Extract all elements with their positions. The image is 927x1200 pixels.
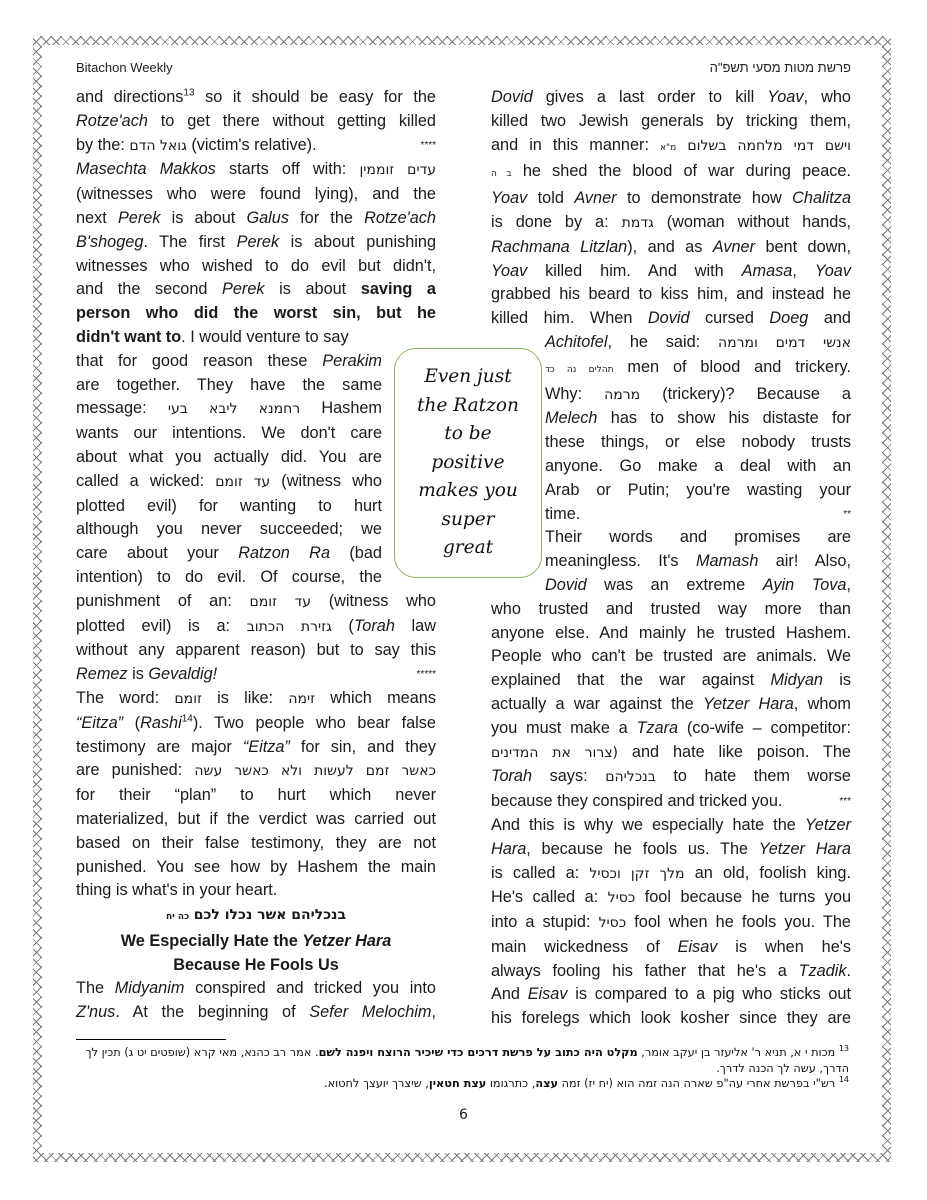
text-line: “Eitza” (Rashi14). Two people who bear f… — [76, 712, 436, 736]
text-line: didn't want to. I would venture to say — [76, 326, 436, 350]
text-line: and the second Perek is about saving a — [76, 278, 436, 302]
text-line: plotted evil) is a: גזירת הכתוב (Torah l… — [76, 615, 436, 640]
running-header: Bitachon Weekly פרשת מטות מסעי תשפ"ה — [76, 60, 851, 80]
text-line: B'shogeg. The first Perek is about punis… — [76, 231, 436, 255]
text-line: for their “plan” to hurt which never — [76, 784, 436, 808]
text-line: The Midyanim conspired and tricked you i… — [76, 977, 436, 1001]
text-line: are punished: כאשר זמם לעשות ולא כאשר עש… — [76, 759, 436, 784]
footnote-13: 13 מכות י א, תניא ר' אליעזר בן יעקב אומר… — [76, 1045, 849, 1076]
section-separator-stars: ***** — [417, 663, 436, 687]
page-number: 6 — [0, 1107, 927, 1123]
text-line: Remez is Gevaldig!***** — [76, 663, 436, 687]
section-title-line-1: We Especially Hate the Yetzer Hara — [76, 930, 436, 954]
text-line: Rotze'ach to get there without getting k… — [76, 110, 436, 134]
right-column: Dovid gives a last order to kill Yoav, w… — [491, 86, 851, 1031]
text-line: testimony are major “Eitza” for sin, and… — [76, 736, 436, 760]
section-separator-stars: **** — [420, 134, 436, 158]
text-line: punished. You see how by Hashem the main — [76, 856, 436, 880]
text-line: person who did the worst sin, but he — [76, 302, 436, 326]
footnote-ref-14[interactable]: 14 — [182, 713, 193, 724]
footnote-ref-13[interactable]: 13 — [183, 88, 194, 99]
text-line: witnesses who wished to do evil but didn… — [76, 255, 436, 279]
left-column: and directions13 so it should be easy fo… — [76, 86, 436, 1025]
wrapped-text-around-quote: Achitofel, he said: אנשי דמים ומרמה תהלי… — [491, 331, 851, 598]
section-title-line-2: Because He Fools Us — [76, 954, 436, 978]
text-line: The word: זומם is like: זימה which means — [76, 687, 436, 712]
footnote-separator — [76, 1039, 226, 1040]
text-line: by the: גואל הדם (victim's relative).***… — [76, 134, 436, 159]
section-hebrew-verse: בנכליהם אשר נכלו לכם כה יח — [76, 903, 436, 930]
section-separator-stars: *** — [839, 790, 851, 814]
text-line: without any apparent reason) but to say … — [76, 639, 436, 663]
parsha-title: פרשת מטות מסעי תשפ"ה — [710, 60, 851, 75]
footnotes: 13 מכות י א, תניא ר' אליעזר בן יעקב אומר… — [76, 1045, 849, 1092]
wrapped-text-around-quote: that for good reason these Perakim are t… — [76, 350, 382, 590]
section-heading: בנכליהם אשר נכלו לכם כה יח We Especially… — [76, 903, 436, 977]
text-line: based on their false testimony, they are… — [76, 832, 436, 856]
text-line: and directions13 so it should be easy fo… — [76, 86, 436, 110]
text-line: Masechta Makkos starts off with: עדים זו… — [76, 158, 436, 183]
text-line: Z'nus. At the beginning of Sefer Melochi… — [76, 1001, 436, 1025]
text-line: materialized, but if the verdict was car… — [76, 808, 436, 832]
text-line: next Perek is about Galus for the Rotze'… — [76, 207, 436, 231]
text-line: (witnesses who were found lying), and th… — [76, 183, 436, 207]
text-line: punishment of an: עד זומם (witness who — [76, 590, 436, 615]
text-line: thing is what's in your heart. — [76, 879, 436, 903]
footnote-14: 14 רש"י בפרשת אחרי עה"פ שארה הנה זמה הוא… — [76, 1076, 849, 1092]
publication-title: Bitachon Weekly — [76, 60, 173, 75]
section-separator-stars: ** — [843, 503, 851, 527]
